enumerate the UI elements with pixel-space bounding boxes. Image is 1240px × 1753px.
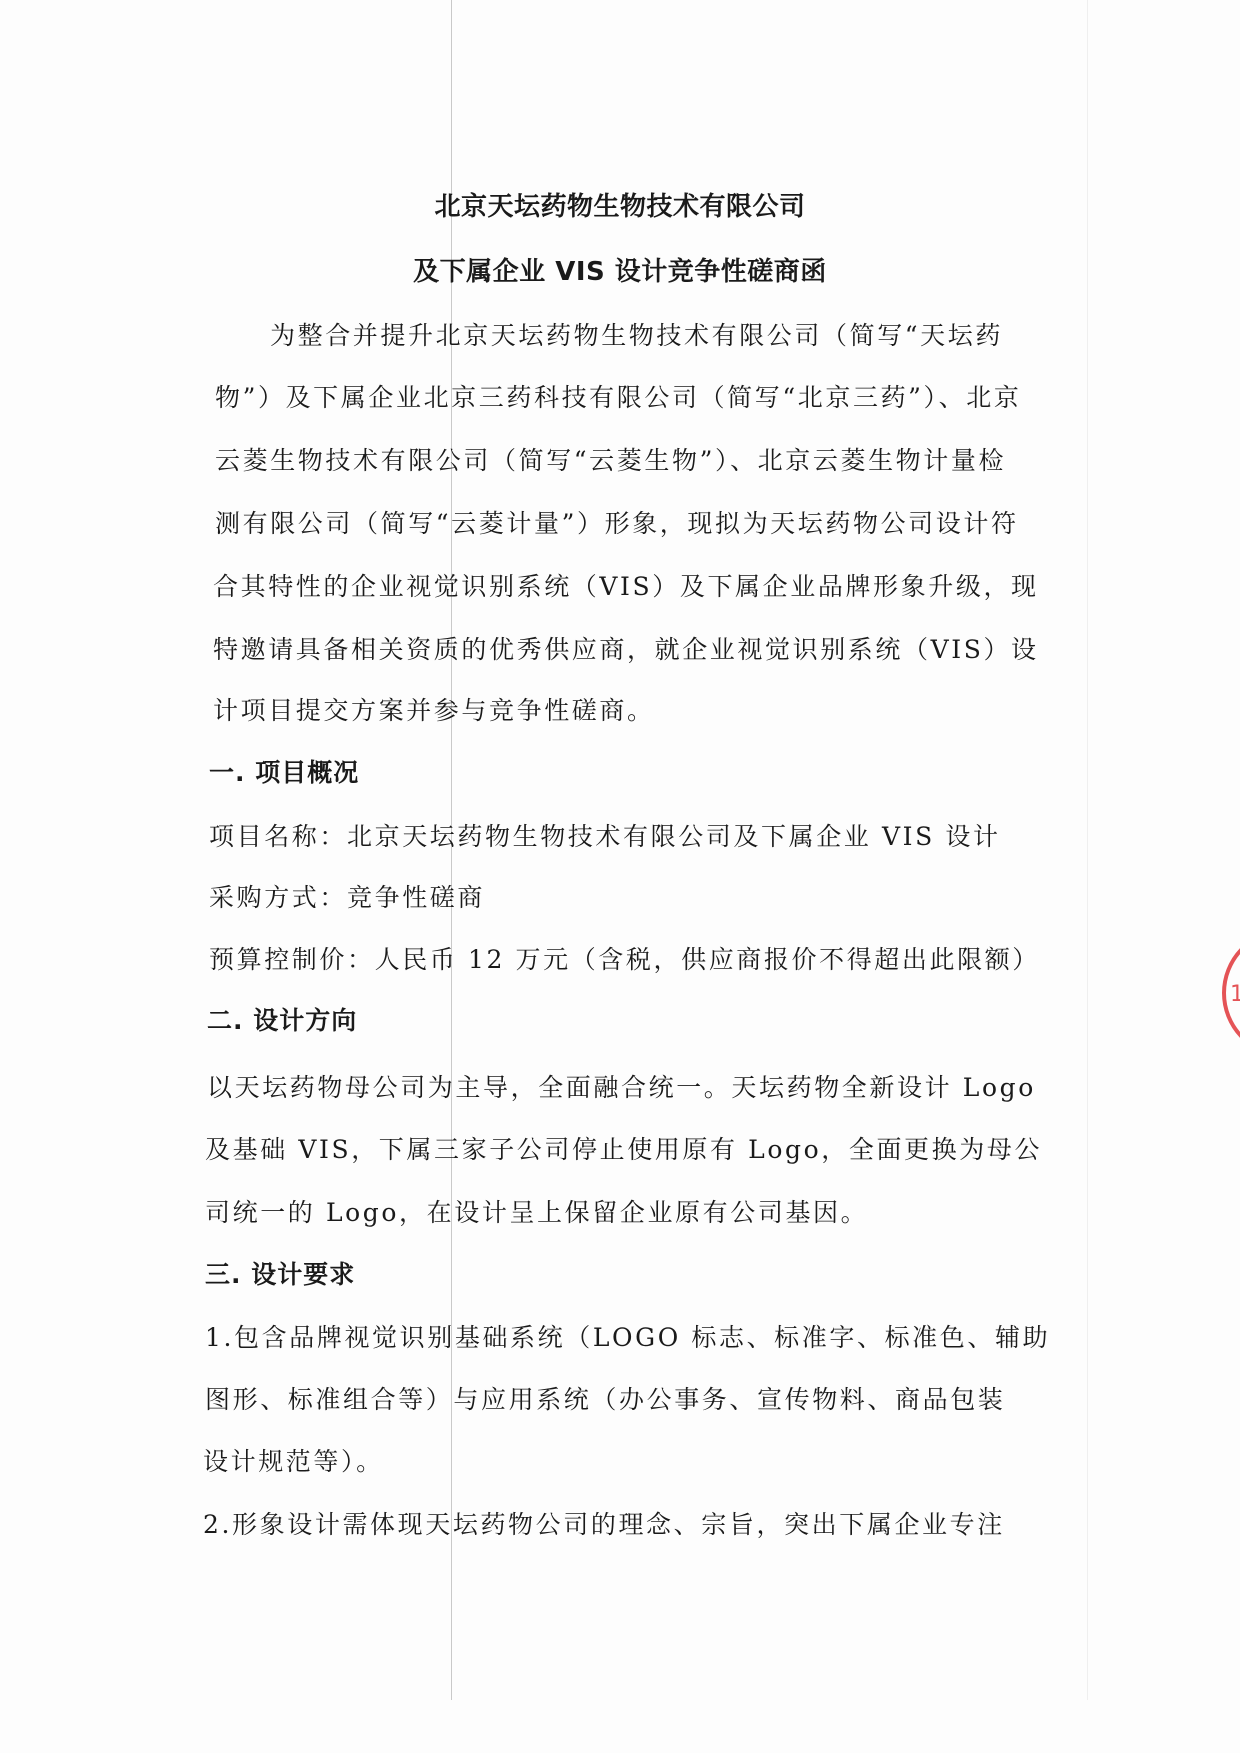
intro-line: 云菱生物技术有限公司（简写“云菱生物”）、北京云菱生物计量检 bbox=[215, 446, 1006, 476]
requirement-line: 设计规范等）。 bbox=[203, 1447, 384, 1477]
document-title-line1: 北京天坛药物生物技术有限公司 bbox=[0, 192, 1240, 222]
project-name-line: 项目名称：北京天坛药物生物技术有限公司及下属企业 VIS 设计 bbox=[209, 822, 1001, 852]
intro-line: 为整合并提升北京天坛药物生物技术有限公司（简写“天坛药 bbox=[270, 321, 1003, 351]
direction-line: 及基础 VIS，下属三家子公司停止使用原有 Logo，全面更换为母公 bbox=[205, 1135, 1042, 1165]
intro-line: 测有限公司（简写“云菱计量”）形象，现拟为天坛药物公司设计符 bbox=[215, 509, 1019, 539]
stamp-glyph: 1 bbox=[1230, 982, 1240, 1007]
section-heading: 一. 项目概况 bbox=[209, 758, 359, 788]
intro-line: 物”）及下属企业北京三药科技有限公司（简写“北京三药”）、北京 bbox=[215, 383, 1021, 413]
requirement-line: 1.包含品牌视觉识别基础系统（LOGO 标志、标准字、标准色、辅助 bbox=[205, 1323, 1050, 1353]
section-heading: 二. 设计方向 bbox=[207, 1006, 357, 1036]
direction-line: 司统一的 Logo，在设计呈上保留企业原有公司基因。 bbox=[205, 1198, 868, 1228]
intro-line: 特邀请具备相关资质的优秀供应商，就企业视觉识别系统（VIS）设 bbox=[213, 635, 1039, 665]
procurement-method-line: 采购方式：竞争性磋商 bbox=[209, 883, 485, 913]
direction-line: 以天坛药物母公司为主导，全面融合统一。天坛药物全新设计 Logo bbox=[207, 1073, 1036, 1103]
page-edge-line bbox=[1087, 0, 1088, 1700]
intro-line: 合其特性的企业视觉识别系统（VIS）及下属企业品牌形象升级，现 bbox=[213, 572, 1039, 602]
requirement-line: 2.形象设计需体现天坛药物公司的理念、宗旨，突出下属企业专注 bbox=[203, 1510, 1005, 1540]
budget-line: 预算控制价：人民币 12 万元（含税，供应商报价不得超出此限额） bbox=[209, 945, 1040, 975]
section-heading: 三. 设计要求 bbox=[205, 1260, 355, 1290]
red-seal-stamp: 1 bbox=[1222, 928, 1240, 1058]
document-title-line2: 及下属企业 VIS 设计竞争性磋商函 bbox=[0, 257, 1240, 287]
requirement-line: 图形、标准组合等）与应用系统（办公事务、宣传物料、商品包装 bbox=[205, 1385, 1005, 1415]
intro-line: 计项目提交方案并参与竞争性磋商。 bbox=[213, 696, 655, 726]
